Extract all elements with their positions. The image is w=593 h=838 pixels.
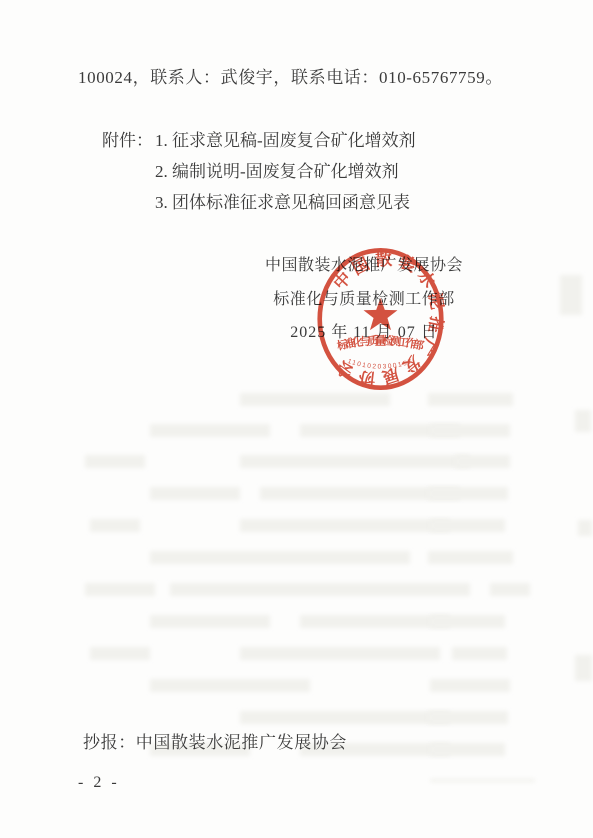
bleed-through-mark: [90, 519, 140, 532]
bleed-through-mark: [240, 519, 450, 532]
bleed-through-mark: [240, 647, 440, 660]
bleed-through-mark: [452, 647, 507, 660]
bleed-through-mark: [575, 410, 591, 432]
copy-report-line: 抄报：中国散装水泥推广发展协会: [83, 733, 347, 753]
bleed-through-mark: [428, 487, 508, 500]
bleed-through-mark: [490, 583, 530, 596]
attachment-item: 3. 团体标准征求意见稿回函意见表: [155, 193, 410, 213]
bleed-through-mark: [430, 615, 505, 628]
bleed-through-mark: [428, 393, 513, 406]
bleed-through-mark: [430, 519, 505, 532]
page-number: - 2 -: [78, 773, 120, 792]
document-page: 100024，联系人：武俊宇，联系电话：010-65767759。 附件： 1.…: [0, 0, 593, 838]
bleed-through-mark: [455, 455, 510, 468]
bleed-through-mark: [150, 679, 310, 692]
bleed-through-mark: [240, 711, 450, 724]
bleed-through-mark: [560, 275, 582, 315]
official-seal: 中国散装水泥推广发展协会 标准化与质量检测工作部 1101020300157: [314, 245, 447, 393]
bleed-through-mark: [170, 583, 470, 596]
bleed-through-mark: [150, 487, 240, 500]
attachment-item: 2. 编制说明-固废复合矿化增效剂: [155, 162, 399, 182]
bleed-through-mark: [430, 743, 505, 756]
bleed-through-mark: [240, 455, 470, 468]
star-icon: [364, 298, 398, 330]
bleed-through-mark: [150, 424, 270, 437]
bleed-through-mark: [90, 647, 150, 660]
bleed-through-mark: [430, 424, 510, 437]
bleed-through-mark: [300, 615, 450, 628]
attachment-item: 1. 征求意见稿-固废复合矿化增效剂: [155, 131, 416, 151]
attachments-label: 附件：: [102, 131, 153, 151]
bleed-through-mark: [578, 520, 592, 536]
bleed-through-mark: [150, 551, 410, 564]
bleed-through-mark: [430, 679, 510, 692]
bleed-through-mark: [240, 393, 390, 406]
bleed-through-mark: [260, 487, 460, 500]
bleed-through-mark: [150, 615, 270, 628]
bleed-through-mark: [428, 711, 508, 724]
bleed-through-mark: [300, 424, 460, 437]
bleed-through-mark: [575, 655, 592, 681]
bleed-through-mark: [428, 551, 513, 564]
seal-bottom-text: 标准化与质量检测工作部: [335, 333, 427, 353]
bleed-through-mark: [430, 779, 535, 782]
contact-line: 100024，联系人：武俊宇，联系电话：010-65767759。: [78, 68, 503, 88]
bleed-through-mark: [85, 455, 145, 468]
bleed-through-mark: [85, 583, 155, 596]
